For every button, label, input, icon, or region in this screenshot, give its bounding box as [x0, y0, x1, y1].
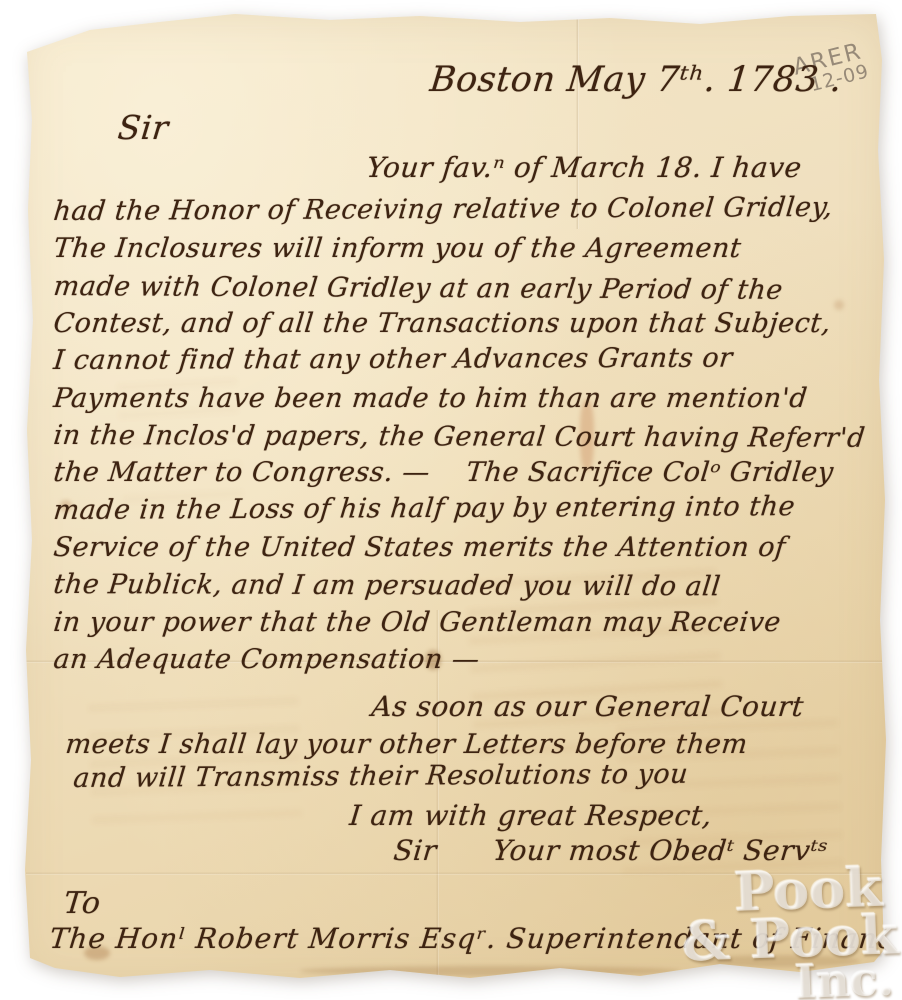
body-line: I cannot find that any other Advances Gr…	[52, 343, 734, 376]
body-line: made with Colonel Gridley at an early Pe…	[52, 271, 785, 306]
letter-photograph: ARER 12-09 Boston May 7ᵗʰ. 1783 . Sir Yo…	[0, 0, 902, 1000]
stain-band-bottom	[700, 955, 860, 967]
body-line: Service of the United States merits the …	[52, 532, 787, 563]
paragraph2-opening: As soon as our General Court	[370, 690, 806, 723]
body-line: Contest, and of all the Transactions upo…	[52, 308, 832, 339]
body-line: The Inclosures will inform you of the Ag…	[52, 233, 743, 264]
closing-signoff: Sir Your most Obedᵗ Servᵗˢ	[392, 834, 830, 867]
body-line: made in the Loss of his half pay by ente…	[52, 491, 797, 526]
stain-spot	[834, 300, 844, 310]
paragraph2-line: meets I shall lay your other Letters bef…	[64, 729, 749, 760]
body-line: the Matter to Congress. — The Sacrifice …	[52, 457, 835, 488]
address-recipient: The Honˡ Robert Morris Esqʳ. Superintend…	[48, 922, 902, 955]
body-line: in your power that the Old Gentleman may…	[52, 607, 782, 638]
body-line: in the Inclos'd papers, the General Cour…	[52, 420, 867, 454]
opening-line: Your fav.ⁿ of March 18. I have	[365, 151, 803, 184]
dateline: Boston May 7ᵗʰ. 1783 .	[428, 60, 844, 100]
salutation: Sir	[116, 108, 171, 147]
body-line: had the Honor of Receiving relative to C…	[52, 192, 834, 227]
letter-paper-sheet: ARER 12-09 Boston May 7ᵗʰ. 1783 . Sir Yo…	[0, 0, 902, 1000]
body-line: the Publick, and I am persuaded you will…	[52, 569, 722, 602]
paragraph2-line: and will Transmiss their Resolutions to …	[72, 759, 690, 794]
body-line: Payments have been made to him than are …	[52, 383, 809, 414]
closing-respect: I am with great Respect,	[348, 799, 714, 832]
horizontal-fold-crease-lower	[26, 872, 884, 875]
address-to: To	[62, 886, 102, 921]
body-line: an Adequate Compensation —	[52, 644, 481, 675]
paper-shadow-wrap: ARER 12-09 Boston May 7ᵗʰ. 1783 . Sir Yo…	[0, 0, 902, 1000]
stain-band-bottom	[300, 966, 680, 976]
